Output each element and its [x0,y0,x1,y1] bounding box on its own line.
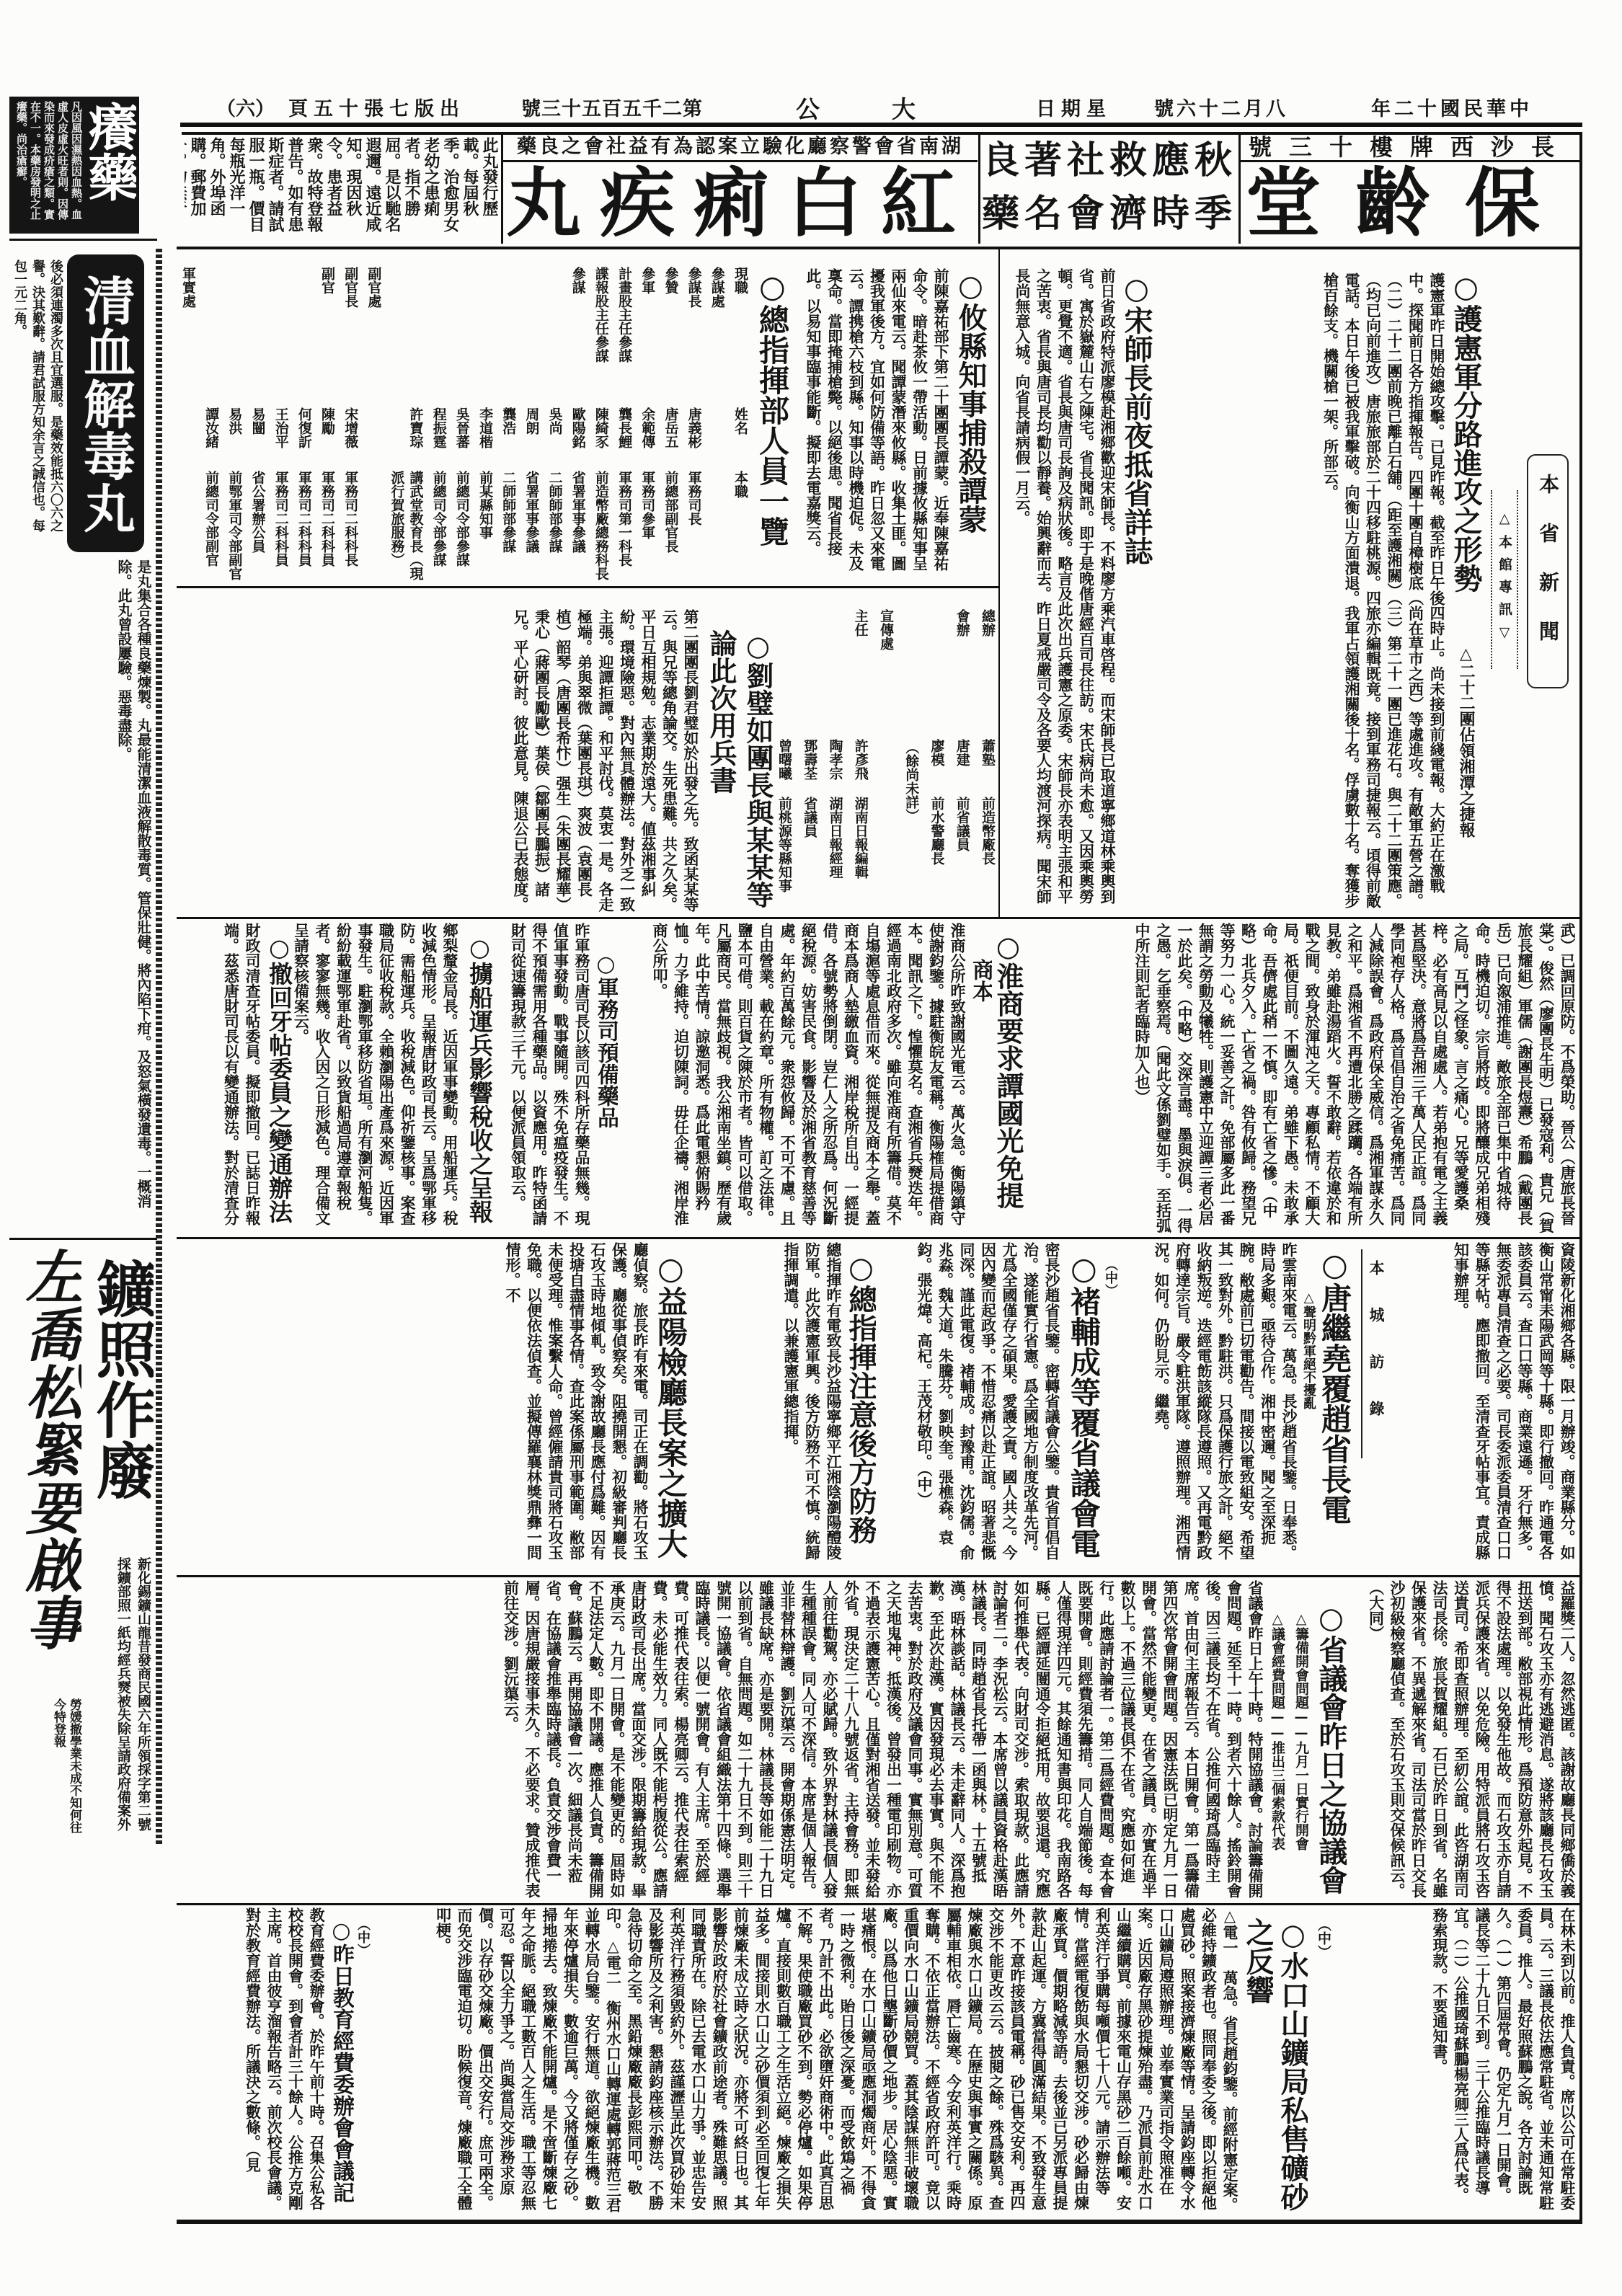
article-body-liu-continued: 武）已調回原防。不爲榮助。晉公（唐旅長晉棠）。俊然（廖團長生明）已發寇利。貴兄（… [1024,923,1577,1234]
blood-pill-description: 是丸集合各種良藥煉製。丸最能清潔血液解散毒質。管保壯健。將內陷下疳。及怒氣橫發遺… [10,559,153,1230]
name: 吳晉蕃 [453,407,471,471]
headline-boats: ○擄船運兵影響稅收之呈報 [461,934,497,1231]
personnel-row: 參謀歐陽銘省署軍事參議 [569,267,588,585]
department-adjutant: 副官處 [364,267,383,585]
tier-rule [177,247,1582,249]
original-post: 軍務司二科科員 [318,471,337,585]
office-row: 鄧壽荃省議員 [800,609,819,912]
name: 唐建 [953,739,972,797]
personnel-row: 何復訢軍務司二科科員 [295,267,314,585]
paper-name: 大公報 [757,97,988,123]
header-original: 本職 [731,471,750,585]
name: 鄧壽荃 [800,739,819,797]
itch-medicine-copy: 凡因風因濕熱因血熱。血虛人皮虛火旺者則。因傳染而來發成疥瘡之類。實在不一。本藥房… [12,101,83,229]
personnel-row: 計畫股主任參謀龔長鯉軍務司第一科長 [615,267,634,585]
original-post: 省公署辦公員 [249,471,267,585]
dysentery-pill-title: 紅白痢疾丸 [505,163,976,244]
personnel-row: 易闓省公署辦公員 [249,267,267,585]
subhead-huxian: △二十二團佔領湘潭之捷報 [1453,645,1478,912]
original-post: 前總司令部參謀 [453,471,471,585]
name: 李道楷 [476,407,495,471]
seasonal-medicine-line-1: 秋應救社著良 [982,137,1237,185]
subhead-tang: △聲明黔軍絕不擾亂 [1300,1290,1317,1478]
personnel-row: 周朗省署軍事參議 [522,267,541,585]
ad-inner-rule [503,160,978,162]
personnel-table: 現職姓名本職 參謀處 參謀長唐義彬軍務司長 參贊唐岳五前總部副官長 參軍余範傳軍… [179,267,750,585]
office-row: 會辦唐建前省議員 [953,609,972,912]
department-staff: 參謀處 [708,267,727,585]
original-post: 軍務司第一科長 [615,471,634,585]
department-ordnance: 軍實處 [179,267,198,585]
headline-huaishang-line-1: ○淮商要求譚國光免提 [992,930,1024,1233]
name: 吳尚 [546,407,564,471]
department-name: 宣傳處 [877,609,895,739]
itch-medicine-ad: 癢藥 凡因風因濕熱因血熱。血虛人皮虛火旺者則。因傳染而來發成疥瘡之類。實在不一。… [9,97,139,234]
article-body-youxian: 前陳嘉祐部下第二十團團長譚蒙。近奉陳嘉祐命令。暗赴茶攸一帶活動。日前據攸縣知事呈… [791,268,951,580]
itch-medicine-title: 癢藥 [83,101,136,231]
ad-inner-rule [1240,160,1579,162]
original-post: 湖南日報編輯 [851,797,870,912]
personnel-row: 程振霆前總司令部參謀 [430,267,448,585]
article-body-yatie-continued: 資陵新化湘鄉各縣。限一月辦竣。商業縣分。如衡山常甯耒陽武岡等十縣。即行撤回。昨通… [1399,1242,1577,1572]
personnel-row: 吳晉蕃前總司令部參謀 [453,267,471,585]
office-row: 曾曙曦前桃源等縣知事 [775,609,794,912]
headline-education: ○昨日教育經費委辦會會議記 [328,1918,354,2217]
dysentery-pill-copy: 此丸發行歷載。每屆秋季。治愈男女老幼之患痢者。指不勝屈。是以馳名遐邇。遠近咸知。… [185,137,499,242]
headline-yatie: ○撤回牙帖委員之變通辦法 [264,934,294,1231]
section-box: 本省新聞 [1527,454,1569,688]
personnel-row: 參軍余範傳軍務司參軍 [638,267,657,585]
headline-commander: ○總指揮注意後方防務 [846,1251,876,1568]
position: 參謀 [569,267,588,407]
personnel-row: 諜報股主任參謀陳綺豕前造幣廠總務科長 [592,267,611,585]
name: 許彥飛 [851,739,870,797]
headline-huaishang-line-2: 商本 [969,959,992,1031]
original-post: 軍務司參軍 [638,471,657,585]
date: 八月二十六號 [1148,97,1288,123]
office-row: 總辦蕭塾前造幣廠長 [978,609,997,912]
name: 歐陽銘 [569,407,588,471]
section-subtag: △本館專訊▽ [1491,490,1518,669]
article-body-assembly: 省議會昨日上午十時。特開協議會。討論籌備開會問題。延至十一時。到者六十餘人。搖鈴… [180,1580,1265,1900]
headline-assembly: ○省議會昨日之協議會 [1315,1601,1347,1897]
article-body-education: 教育經費委辦會。於昨午前十時。召集公私各校校長開會。到會者計三十餘人。公推方克剛… [180,1907,327,2217]
position: 計畫股主任參謀 [615,267,634,407]
source-tag-tang: （中） [1102,1258,1119,1308]
page-number: （六） [216,97,275,123]
headline-shuikoushan-line-2: 之反響 [1243,1918,1273,2026]
headline-tang: ○唐繼堯覆趙省長電 [1316,1247,1352,1572]
article-body-yatie: 財政司清查牙帖委員。擬即撤回。已誌日昨報端。茲悉唐財司長以有變通辦法。對於清查分 [180,923,262,1234]
name: 蕭塾 [978,739,997,797]
article-body-yiyang: 廳偵察。旅長昨有來電。司正在調勸。將石攻玉保護。廳從事偵察矣。阻撓開懇。初級審判… [180,1242,650,1572]
headline-personnel: ○總指揮部人員一覽 [754,269,790,572]
article-body-yiyang-continued: 益羅獎二人。忽然逃匿。該謝故廳長同鄉僑於義憤。聞石攻玉亦有逃避消息。遂將該廳長石… [1370,1580,1577,1900]
original-post: 講武堂教育長（現派行賀旅服務） [388,471,425,585]
position: 副官長 [341,267,360,407]
tier-rule [177,1575,1582,1577]
name: 唐岳五 [661,407,680,471]
weekday: 星期日 [1031,97,1112,123]
original-post: 前總司令部參謀 [430,471,448,585]
baolingtang-name: 保齡堂 [1242,163,1578,244]
article-body-boats: 鄉梨釐金局長。近因軍事變動。用船運兵。稅收減色情形。呈報唐財政司長云。呈爲鄂軍移… [294,923,460,1234]
position: 參贊 [661,267,680,407]
headline-medicine: ○軍務司預備藥品 [593,952,618,1168]
article-body-shuikoushan: △電一 萬急。省長趙鈞鑒。前經附憲定案。必維持鑛政者也。照同奉委之後。即以拒絕他… [371,1907,1240,2217]
position: 總辦 [978,609,997,739]
subhead-assembly-1: △籌備開會問題——九月一日實行開會 [1292,1611,1311,1892]
department-name: 副官處 [364,267,383,407]
position: 諜報股主任參謀 [592,267,611,407]
position: 副官 [318,267,337,407]
name: 陶孝宗 [826,739,845,797]
office-list: 總辦蕭塾前造幣廠長 會辦唐建前省議員 廖模前水警廳長 （餘尚未詳） 宣傳處 主任… [775,609,997,912]
original-post: 省議員 [800,797,819,912]
issue-pages: 出版七張十五頁 [288,97,465,123]
original-post: 省署軍事參議 [522,471,541,585]
original-post: 前省議員 [953,797,972,912]
original-post: 省署軍事參議 [569,471,588,585]
masthead-rule [180,123,1582,127]
name: 許寶琮 [407,407,425,471]
department-name: 軍實處 [179,267,198,407]
name: 周朗 [522,407,541,471]
margin-rule [9,239,157,241]
article-body-song: 前日省政府特派廖模赴湘鄉歡迎宋師長。不料廖方乘汽車啓程。而宋師長已取道寧鄉道林乘… [1003,268,1117,913]
personnel-row: 參謀長唐義彬軍務司長 [685,267,704,585]
office-row: 陶孝宗湖南日報經理 [826,609,845,912]
column-rule [998,249,1000,917]
headline-chu: ○褚輔成等覆省議會電 [1065,1251,1102,1568]
department-publicity: 宣傳處 [877,609,895,912]
original-post: 前某縣知事 [476,471,495,585]
year: 中華民國十二年 [1362,97,1533,123]
name: 陳勵 [318,407,337,471]
position: 參軍 [638,267,657,407]
personnel-row: 龔浩二師師部參謀 [499,267,518,585]
original-post: 前水警廳長 [928,797,947,912]
name: 宋增薇 [341,407,360,471]
original-post: 軍務司二科科長 [341,471,360,585]
position: 主任 [851,609,870,739]
notice-copy: 勞媛撤學業未成不知何往今特登報 [22,1698,82,1843]
name: 廖模 [928,739,947,797]
personnel-row: 許寶琮講武堂教育長（現派行賀旅服務） [388,267,425,585]
newspaper-page: （六） 出版七張十五頁 第二千五百五十三號 大公報 星期日 八月二十六號 中華民… [0,0,1622,2296]
headline-liu-line-2: 論此次用兵書 [704,629,737,824]
tier-rule [177,1237,1582,1239]
original-post: 前造幣廠總務科長 [592,471,611,585]
name: 龔浩 [499,407,518,471]
original-post: 二師師部參謀 [546,471,564,585]
source-tag-shuikoushan: （中） [355,1918,371,1968]
original-post: 前造幣廠長 [978,797,997,912]
issue-number: 第二千五百五十三號 [523,97,703,123]
name: 程振霆 [430,407,448,471]
original-post: 軍務司二科科員 [295,471,314,585]
personnel-row: 王治平軍務司二科科員 [272,267,291,585]
personnel-row: 譚汝緒前總司令部副官 [202,267,221,585]
personnel-row: 參贊唐岳五前總部副官長 [661,267,680,585]
name: 王治平 [272,407,291,471]
personnel-row: 李道楷前某縣知事 [476,267,495,585]
source-tag-assembly: （中） [1315,1918,1332,1968]
headline-yiyang: ○益陽檢廳長案之擴大 [652,1251,688,1572]
article-body-tang: 昨雲南來電云。萬急。長沙趙省長鑒。日奉悉。時局多艱。亟待合作。湘中密邇。聞之至深… [1119,1242,1299,1572]
personnel-row: 易洪前鄂軍司令部副官 [225,267,244,585]
name: 唐義彬 [685,407,704,471]
ad-divider [978,135,980,244]
subhead-assembly-2: △議會經費問題——推出三個索款代表 [1268,1611,1287,1892]
position: 會辦 [953,609,972,739]
original-post: 前桃源等縣知事 [775,797,794,912]
headline-song: ○宋師長前夜抵省詳誌 [1119,272,1153,578]
article-body-medicine: 昨軍務司唐司長以該司四科所存藥品無幾。現值軍事發動。戰事隨開。殊不免瘟疫發生。不… [500,923,592,1234]
personnel-row: 副官長宋增薇軍務司二科科長 [341,267,360,585]
name: 譚汝緒 [202,407,221,471]
office-row: 廖模前水警廳長 [928,609,947,912]
page-frame-right [1579,132,1582,2222]
original-post: 二師師部參謀 [499,471,518,585]
tier-rule [177,586,1000,588]
name: 易闓 [249,407,267,471]
personnel-row: 吳尚二師師部參謀 [546,267,564,585]
tier-rule [177,1903,1582,1905]
margin-dotted-divider [156,249,162,1845]
baolingtang-address: 長沙西牌樓十三號 [1242,136,1578,159]
header-position: 現職 [731,267,750,407]
ad-divider [1238,135,1241,244]
headline-shuikoushan-line-1: ○水口山鑛局私售礦砂 [1277,1918,1308,2217]
section-label: 本省新聞 [1530,461,1566,681]
blood-pill-title: 清血解毒丸 [67,254,144,552]
original-post: 湖南日報經理 [826,797,845,912]
margin-rule [9,1238,157,1240]
tier-rule [177,917,1582,919]
department-name: 參謀處 [708,267,727,407]
article-body-chu: 密長沙趙省長鑒。密轉省議會公鑒。貴省首倡自治。遂能實行省憲。爲全國地方制度改革先… [876,1242,1062,1572]
name: 易洪 [225,407,244,471]
article-body-liu: 第二團團長劉君璧如於出發之先。致函某某等云。與兄等總角論交。生死患難。共之久矣。… [180,609,701,913]
header-name: 姓名 [731,407,750,471]
personnel-row: 副官陳勵軍務司二科科員 [318,267,337,585]
name: 陳綺豕 [592,407,611,471]
name: 曾曙曦 [775,739,794,797]
article-body-huxian: 護憲軍昨日開始總攻擊。已見昨報。截至昨日午後四時止。尚未接到前綫電報。大約正在激… [1170,272,1447,913]
personnel-header-column: 現職姓名本職 [731,267,750,585]
bottom-rule [177,2220,1582,2224]
article-body-huaishang: 淮商公所昨致謝國光電云。萬火急。衡陽鎮守使謝鈞鑒。據駐衡皖友電稱。衡陽榷局提借商… [617,923,967,1234]
original-post: 軍務司長 [685,471,704,585]
headline-liu-line-1: ○劉璧如團長與某某等 [741,629,774,918]
article-body-commander: 總指揮昨有電致長沙益陽寧鄉平江湘陰瀏陽醴陵防軍。此次護憲軍興。後方防務不可不慎。… [699,1242,843,1572]
name: 余範傳 [638,407,657,471]
office-row: 主任許彥飛湖南日報編輯 [851,609,870,912]
column-label-local-report: 本城訪錄 [1361,1249,1390,1458]
seasonal-medicine-line-2: 季時濟會名藥 [982,190,1237,238]
article-body-assembly-continued: 在林未到以前。推人負責。席以公可在常駐委員。云。三議長依法應常駐省。並未通知常駐… [1333,1907,1577,2217]
original-post: 前總部副官長 [661,471,680,585]
ad-divider [501,135,503,244]
headline-youxian: ○攸縣知事捕殺譚蒙 [953,269,988,544]
dysentery-pill-tagline: 湖南省會警察廳化驗立案認為有益社會之良藥 [505,136,976,159]
original-post: 軍務司二科科員 [272,471,291,585]
name: 龔長鯉 [615,407,634,471]
mine-license-void-copy: 新化錫鑛山龍昔發商民國六年所領採字第二號採鑛部照一紙均經兵燹被失除呈請政府備案外 [90,1557,154,1842]
headline-huxian: ○護憲軍分路進攻之形勢 [1449,270,1482,609]
original-post: 前鄂軍司令部副官 [225,471,244,585]
mine-license-void-title: 鑛照作廢 [90,1258,154,1553]
original-post: 前總司令部副官 [202,471,221,585]
position: 參謀長 [685,267,704,407]
name: 何復訢 [295,407,314,471]
blood-pill-copy: 後必須連濁多次且宜選服。是藥效能抵六〇六之譽。決其歎辭。請君試服方知余言之誠信也… [10,260,65,538]
notice-title: 左喬松緊要啟事 [18,1247,81,1687]
